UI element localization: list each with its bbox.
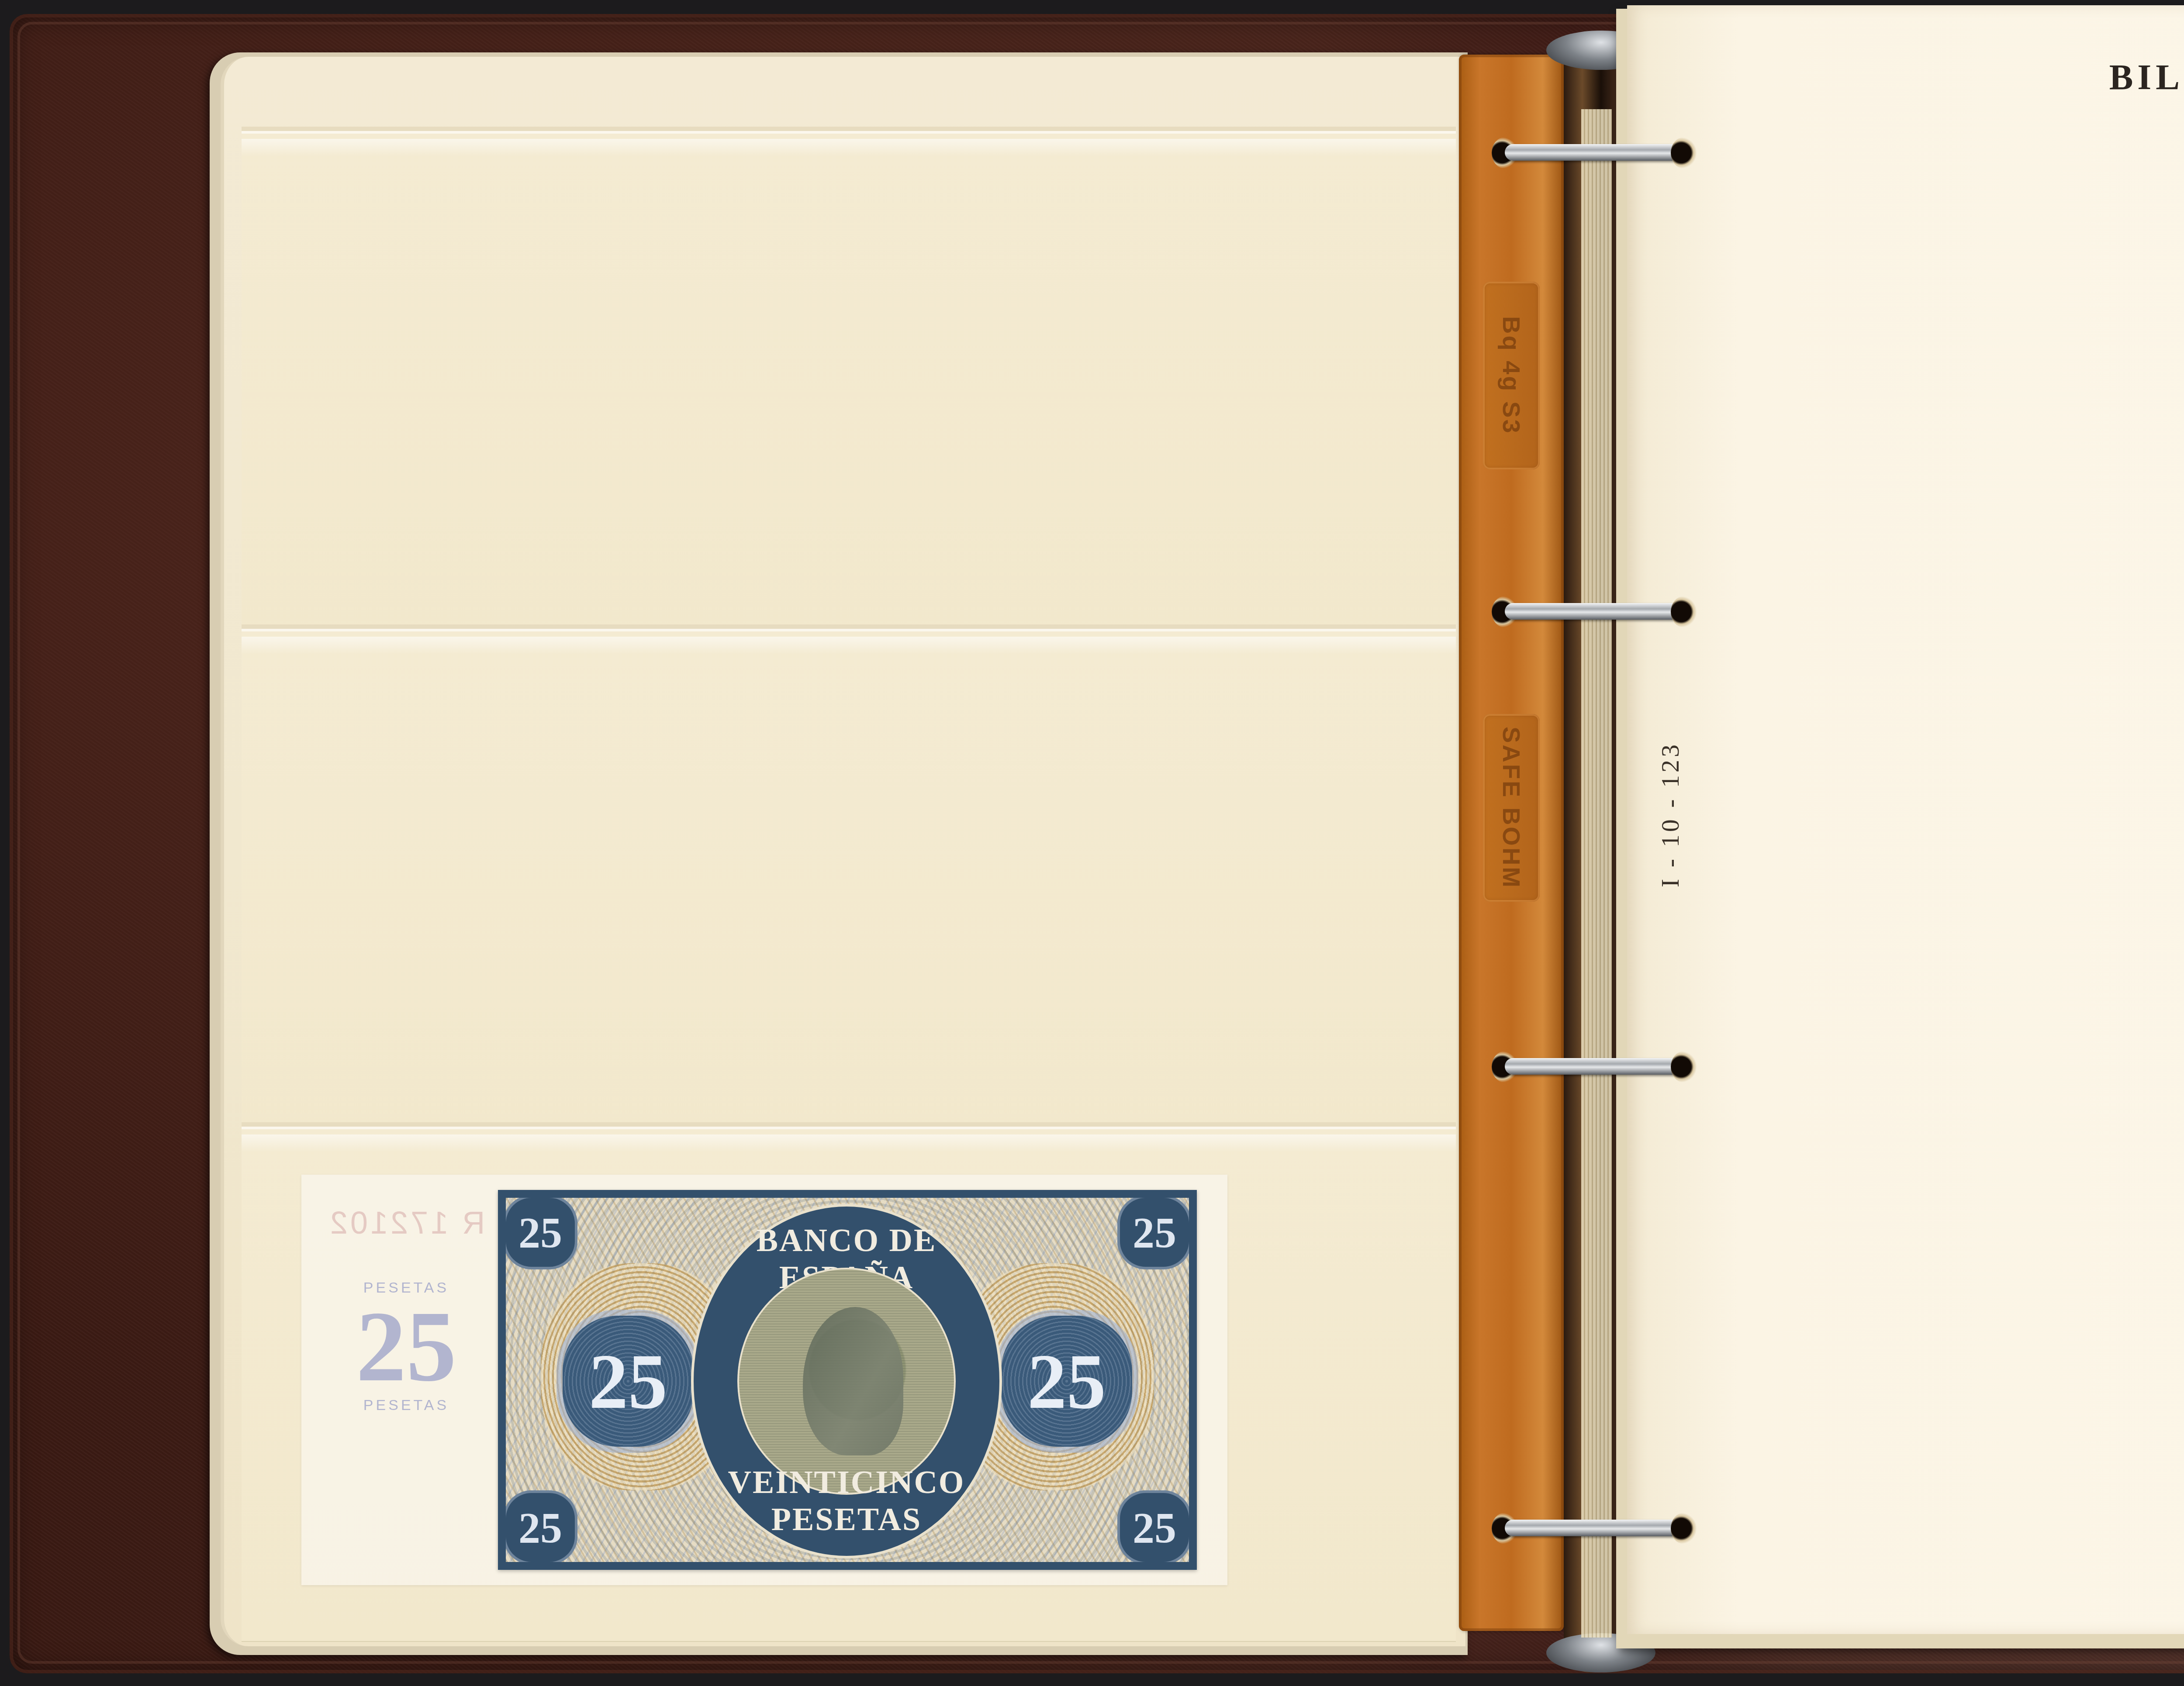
ring-bar <box>1505 1058 1684 1075</box>
ring-bar <box>1505 144 1684 161</box>
watermark-label-bottom: PESETAS <box>349 1397 463 1414</box>
binder-ring-2[interactable] <box>1492 595 1697 626</box>
pocket-sheen <box>242 139 1456 156</box>
ring-bar <box>1505 1520 1684 1536</box>
punch-hole <box>1671 1513 1697 1544</box>
punch-hole <box>1671 1051 1697 1083</box>
corner-numeral: 25 <box>506 1198 577 1269</box>
entry-color: COLOR: Gris y castaño <box>2090 533 2184 569</box>
binder-ring-1[interactable] <box>1492 136 1697 167</box>
banknote-entry-25-pesetas: 25 Pesetas 21 - noviembre - 1936 COLOR: … <box>2090 1478 2184 1585</box>
banknote-denomination-words: VEINTICINCO PESETAS <box>694 1464 999 1538</box>
banknote-entry-10-pesetas: 10 Pesetas 21 - noviembre - 1936 COLOR: … <box>2090 972 2184 1080</box>
portrait-head <box>803 1307 903 1455</box>
right-album-page[interactable]: BILLETES ESPAÑOLES I - 10 - 123 5 Peseta… <box>1627 5 2184 1634</box>
punch-hole <box>1671 137 1697 169</box>
entry-value: 25 Pesetas <box>2090 1478 2184 1514</box>
mercury-portrait <box>737 1268 956 1495</box>
banknote-guilloche: 25 25 25 25 25 25 BANCO DE ESPAÑA VEINTI… <box>506 1198 1189 1562</box>
entry-date: 21 - noviembre - 1936 <box>2090 1514 2184 1549</box>
punch-hole <box>1671 596 1697 628</box>
binder-ring-4[interactable] <box>1492 1512 1697 1542</box>
spine-embossed-label: Bq 4g S3 <box>1483 282 1540 469</box>
side-medallion-numeral: 25 <box>563 1316 694 1447</box>
entry-date: 21 - noviembre - 1936 <box>2090 497 2184 533</box>
pocket-sheen <box>242 1134 1456 1152</box>
corner-numeral: 25 <box>506 1490 577 1562</box>
binder-ring-3[interactable] <box>1492 1050 1697 1081</box>
side-medallion-numeral: 25 <box>1001 1316 1132 1447</box>
spine-embossed-label: SAFE BOHM <box>1483 714 1540 902</box>
pocket-sheen <box>242 637 1456 654</box>
page-title: BILLETES ESPAÑOLES <box>1627 57 2184 98</box>
catalog-reference: I - 10 - 123 <box>1655 742 1685 887</box>
entry-value: 10 Pesetas <box>2090 972 2184 1008</box>
banknote-watermark: PESETAS 25 PESETAS <box>349 1279 463 1414</box>
banknote-entry-5-pesetas: 5 Pesetas 21 - noviembre - 1936 COLOR: G… <box>2090 462 2184 569</box>
page-edges <box>1581 109 1612 1638</box>
central-oval: BANCO DE ESPAÑA VEINTICINCO PESETAS <box>694 1207 999 1556</box>
banknote-serial-show-through: R 172102 <box>328 1205 485 1241</box>
banknote-25-pesetas[interactable]: 25 25 25 25 25 25 BANCO DE ESPAÑA VEINTI… <box>498 1190 1197 1570</box>
entry-color: COLOR: Naranja y azul <box>2090 1044 2184 1080</box>
ring-bar <box>1505 603 1684 620</box>
entry-value: 5 Pesetas <box>2090 462 2184 497</box>
sleeve-pocket-2[interactable] <box>242 624 1456 1170</box>
entry-color: COLOR: Azul <box>2090 1549 2184 1585</box>
sleeve-binding-strip: Bq 4g S3 SAFE BOHM <box>1459 55 1564 1631</box>
entry-date: 21 - noviembre - 1936 <box>2090 1008 2184 1044</box>
watermark-numeral: 25 <box>349 1296 463 1397</box>
corner-numeral: 25 <box>1117 1490 1189 1562</box>
corner-numeral: 25 <box>1117 1198 1189 1269</box>
sleeve-pocket-1[interactable] <box>242 127 1456 672</box>
